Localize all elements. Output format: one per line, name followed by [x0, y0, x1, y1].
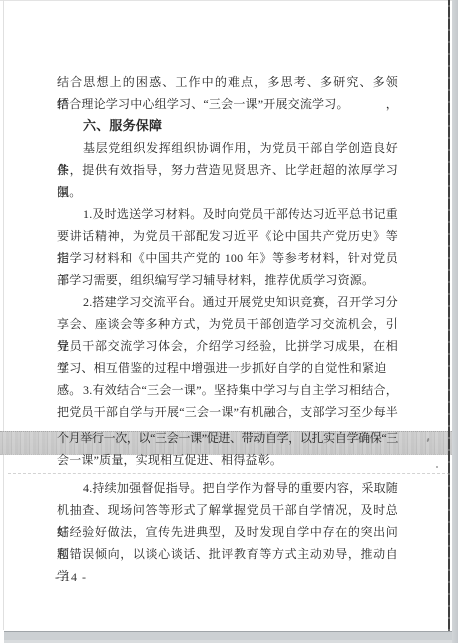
text-line: 2.搭建学习交流平台。通过开展党史知识竞赛，召开学习分 — [57, 291, 398, 313]
text-line: 要讲话精神，为党员干部配发习近平《论中国共产党历史》等指 — [57, 225, 398, 247]
scan-speck — [436, 466, 438, 468]
text-line: 和错误倾向，以谈心谈话、批评教育等方式主动劝导，推动自学 — [57, 543, 398, 565]
text-line: 享会、座谈会等多种方式，为党员干部创造学习交流机会，引导 — [57, 313, 398, 335]
page-left-edge-line — [3, 0, 4, 630]
text-line: 结合思想上的困惑、工作中的难点，多思考、多研究、多领悟， — [57, 71, 398, 93]
text-line: 4.持续加强督促指导。把自学作为督导的重要内容，采取随 — [57, 477, 398, 499]
text-line: 部学习需要，组织编写学习辅导材料，推荐优质学习资源。 — [57, 269, 398, 291]
text-line: 3.有效结合“三会一课”。坚持集中学习与自主学习相结合， — [57, 379, 398, 401]
text-line: 件，提供有效指导，努力营造见贤思齐、比学赶超的浓厚学习氛 — [57, 159, 398, 181]
scanned-document-page: 结合思想上的困惑、工作中的难点，多思考、多研究、多领悟，结合理论学习中心组学习、… — [0, 0, 458, 643]
text-line: 好经验好做法，宣传先进典型，及时发现自学中存在的突出问题 — [57, 521, 398, 543]
document-text: 结合思想上的困惑、工作中的难点，多思考、多研究、多领悟，结合理论学习中心组学习、… — [57, 71, 398, 565]
text-line: 定学习材料和《中国共产党的 100 年》等参考材料，针对党员干 — [57, 247, 398, 269]
text-line: 1.及时选送学习材料。及时向党员干部传达习近平总书记重 — [57, 203, 398, 225]
text-line: 党员干部交流学习体会，介绍学习经验，比拼学习成果，在相互 — [57, 335, 398, 357]
page-number: - 14 - — [55, 570, 87, 585]
section-heading: 六、服务保障 — [57, 115, 398, 137]
text-line: 把党员干部自学与开展“三会一课”有机融合，支部学习至少每半 — [57, 401, 398, 423]
text-line: 会一课”质量，实现相互促进、相得益彰。 — [57, 449, 398, 471]
text-line: 基层党组织发挥组织协调作用，为党员干部自学创造良好条 — [57, 137, 398, 159]
text-line: 机抽查、现场问答等形式了解掌握党员干部自学情况，及时总结 — [57, 499, 398, 521]
text-line: 学习、相互借鉴的过程中增强进一步抓好自学的自觉性和紧迫感。 — [57, 357, 398, 379]
page-bottom-edge-shadow — [4, 631, 452, 643]
text-line: 结合理论学习中心组学习、“三会一课”开展交流学习。 — [57, 93, 398, 115]
text-line: 个月举行一次，以“三会一课”促进、带动自学，以扎实自学确保“三 — [57, 427, 398, 449]
text-line: 围。 — [57, 181, 398, 203]
page-right-edge-line — [448, 0, 450, 631]
page-right-edge-shadow — [452, 0, 458, 643]
page-top-edge-line — [0, 0, 458, 1]
